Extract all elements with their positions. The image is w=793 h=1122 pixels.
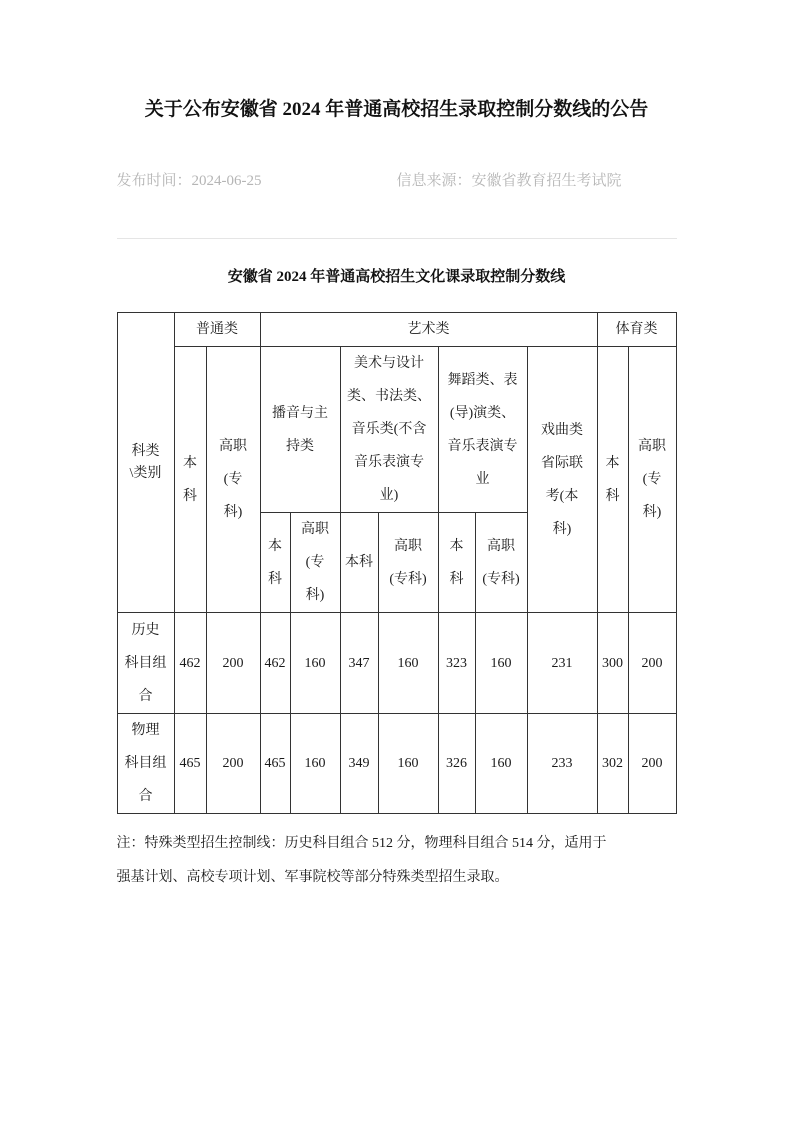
header-general-benke: 本 科 <box>174 347 206 613</box>
meta-row: 发布时间：2024-06-25 信息来源：安徽省教育招生考试院 <box>117 172 677 191</box>
table-row-history: 历史 科目组 合 462 200 462 160 347 160 323 160… <box>117 613 676 714</box>
page-title: 关于公布安徽省 2024 年普通高校招生录取控制分数线的公告 <box>117 0 677 126</box>
note-text: 注：特殊类型招生控制线：历史科目组合 512 分，物理科目组合 514 分，适用… <box>117 827 677 895</box>
score-cell: 200 <box>628 613 676 714</box>
score-cell: 160 <box>378 714 438 814</box>
publish-date: 发布时间：2024-06-25 <box>117 172 397 191</box>
row-label-history: 历史 科目组 合 <box>117 613 174 714</box>
score-cell: 347 <box>340 613 378 714</box>
score-cell: 231 <box>527 613 597 714</box>
table-row-physics: 物理 科目组 合 465 200 465 160 349 160 326 160… <box>117 714 676 814</box>
header-fine-arts-gaozhi: 高职 (专科) <box>378 513 438 613</box>
score-cell: 200 <box>628 714 676 814</box>
corner-cell: 科类 \类别 <box>117 313 174 613</box>
document-page: 关于公布安徽省 2024 年普通高校招生录取控制分数线的公告 发布时间：2024… <box>117 0 677 895</box>
score-cell: 160 <box>475 613 527 714</box>
header-fine-arts: 美术与设计 类、书法类、 音乐类(不含 音乐表演专 业) <box>340 347 438 513</box>
header-broadcast: 播音与主 持类 <box>260 347 340 513</box>
header-fine-arts-benke: 本科 <box>340 513 378 613</box>
score-cell: 465 <box>260 714 290 814</box>
table-title: 安徽省 2024 年普通高校招生文化课录取控制分数线 <box>117 267 677 287</box>
header-general-gaozhi: 高职 (专 科) <box>206 347 260 613</box>
score-cell: 349 <box>340 714 378 814</box>
score-cell: 300 <box>597 613 628 714</box>
divider <box>117 238 677 239</box>
score-cell: 160 <box>475 714 527 814</box>
header-dance: 舞蹈类、表 (导)演类、 音乐表演专 业 <box>438 347 527 513</box>
score-cell: 233 <box>527 714 597 814</box>
info-source: 信息来源：安徽省教育招生考试院 <box>397 172 677 191</box>
score-cell: 323 <box>438 613 475 714</box>
group-header-general: 普通类 <box>174 313 260 347</box>
header-broadcast-benke: 本 科 <box>260 513 290 613</box>
score-cell: 160 <box>290 613 340 714</box>
header-dance-benke: 本 科 <box>438 513 475 613</box>
header-sports-gaozhi: 高职 (专 科) <box>628 347 676 613</box>
score-cell: 326 <box>438 714 475 814</box>
group-header-sports: 体育类 <box>597 313 676 347</box>
header-opera: 戏曲类 省际联 考(本 科) <box>527 347 597 613</box>
header-broadcast-gaozhi: 高职 (专 科) <box>290 513 340 613</box>
header-dance-gaozhi: 高职 (专科) <box>475 513 527 613</box>
score-cell: 462 <box>174 613 206 714</box>
header-sports-benke: 本 科 <box>597 347 628 613</box>
row-label-physics: 物理 科目组 合 <box>117 714 174 814</box>
score-cell: 302 <box>597 714 628 814</box>
score-cell: 200 <box>206 714 260 814</box>
score-cell: 462 <box>260 613 290 714</box>
score-table: 科类 \类别 普通类 艺术类 体育类 本 科 高职 (专 科) 播音与主 持类 … <box>117 312 677 814</box>
group-header-arts: 艺术类 <box>260 313 597 347</box>
score-cell: 465 <box>174 714 206 814</box>
score-cell: 160 <box>378 613 438 714</box>
score-cell: 200 <box>206 613 260 714</box>
score-cell: 160 <box>290 714 340 814</box>
